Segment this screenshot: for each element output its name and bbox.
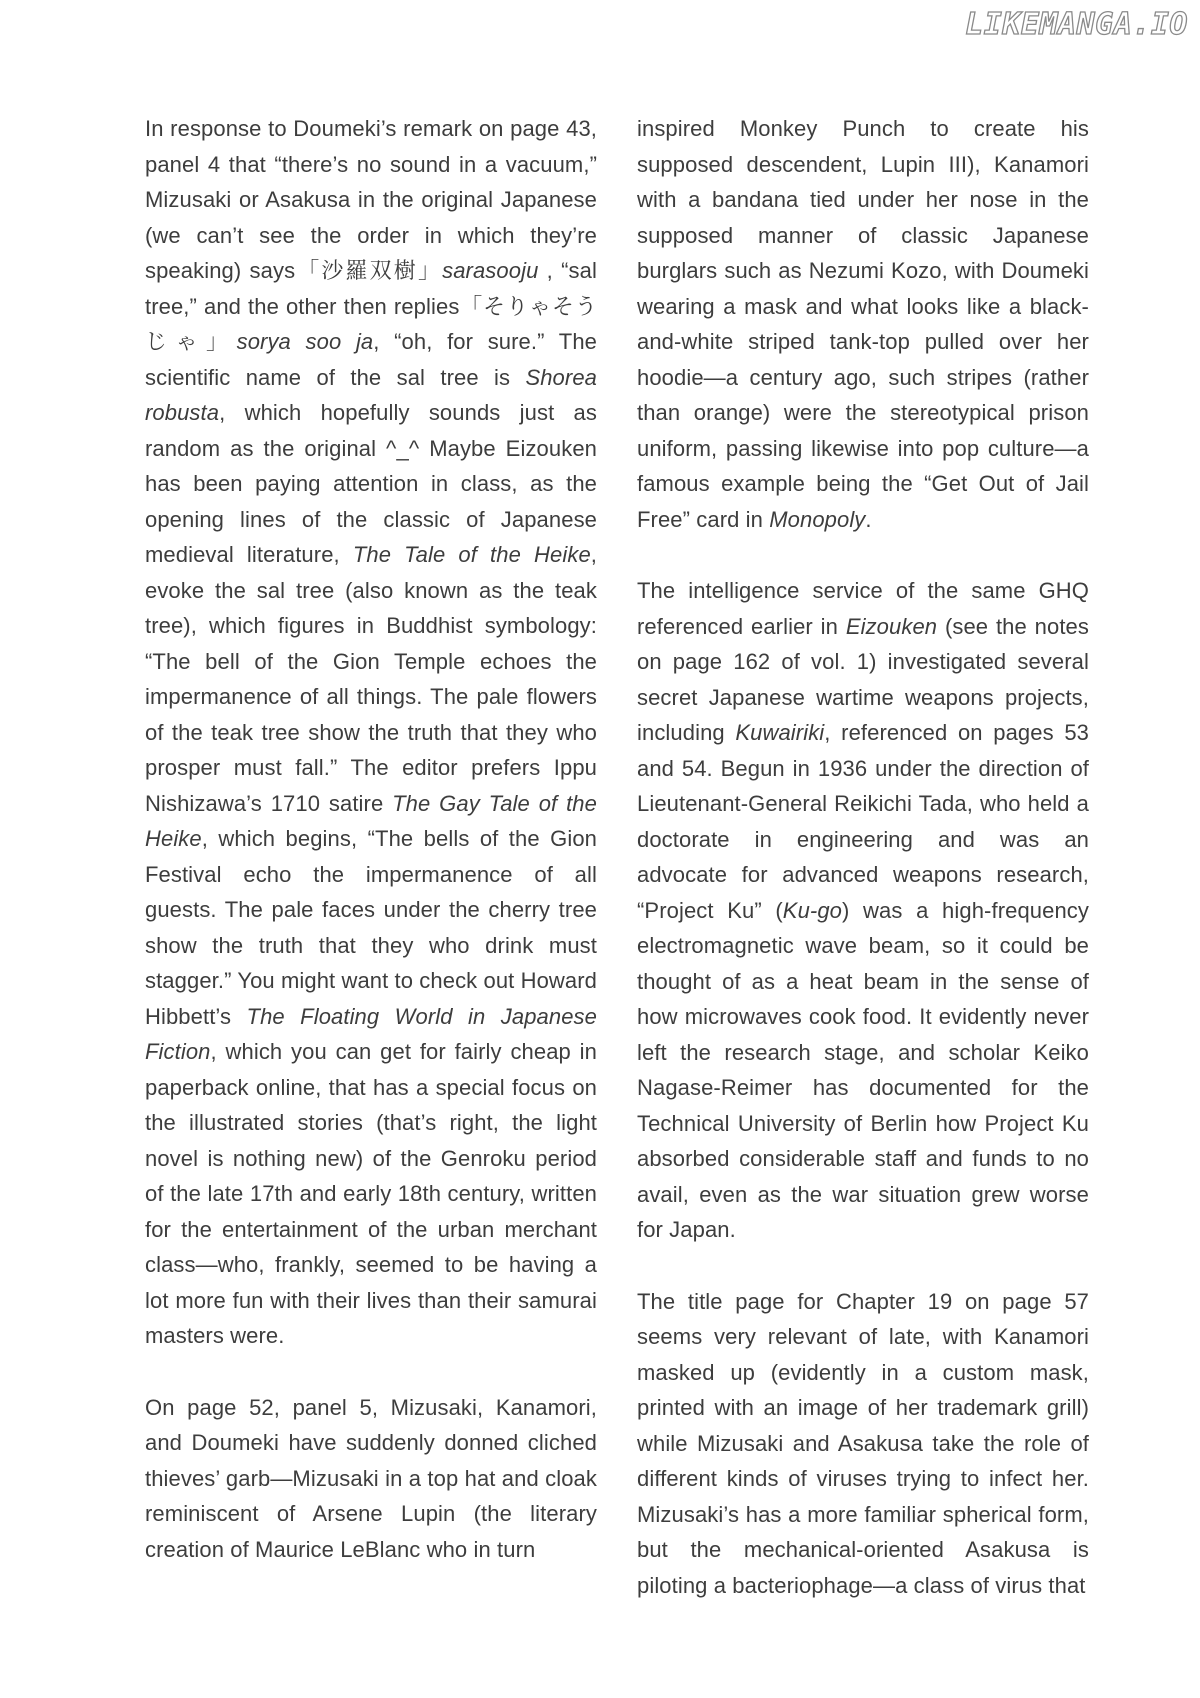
italic-text-run: sorya soo ja: [237, 329, 374, 354]
italic-text-run: Kuwairiki: [735, 720, 824, 745]
text-run: inspired Monkey Punch to create his supp…: [637, 116, 1089, 532]
italic-text-run: The Tale of the Heike: [353, 542, 591, 567]
paragraph: The title page for Chapter 19 on page 57…: [637, 1284, 1089, 1604]
text-run: The title page for Chapter 19 on page 57…: [637, 1289, 1089, 1598]
likemanga-watermark: LIKEMANGA.IO: [932, 4, 1192, 46]
italic-text-run: sarasooju: [442, 258, 538, 283]
paragraph: The intelligence service of the same GHQ…: [637, 573, 1089, 1248]
italic-text-run: Monopoly: [769, 507, 865, 532]
paragraph: In response to Doumeki’s remark on page …: [145, 111, 597, 1354]
italic-text-run: Ku-go: [783, 898, 842, 923]
text-run: , referenced on pages 53 and 54. Begun i…: [637, 720, 1089, 923]
left-column: In response to Doumeki’s remark on page …: [145, 111, 597, 1603]
paragraph: inspired Monkey Punch to create his supp…: [637, 111, 1089, 537]
text-columns: In response to Doumeki’s remark on page …: [145, 111, 1089, 1603]
text-run: ) was a high-frequency electromagnetic w…: [637, 898, 1089, 1243]
text-run: On page 52, panel 5, Mizusaki, Kanamori,…: [145, 1395, 597, 1562]
text-run: .: [865, 507, 871, 532]
watermark-text: LIKEMANGA.IO: [965, 7, 1188, 42]
paragraph: On page 52, panel 5, Mizusaki, Kanamori,…: [145, 1390, 597, 1568]
text-run: , evoke the sal tree (also known as the …: [145, 542, 597, 816]
italic-text-run: Eizouken: [846, 614, 937, 639]
right-column: inspired Monkey Punch to create his supp…: [637, 111, 1089, 1603]
text-run: , which you can get for fairly cheap in …: [145, 1039, 597, 1348]
text-run: , which begins, “The bells of the Gion F…: [145, 826, 597, 1029]
